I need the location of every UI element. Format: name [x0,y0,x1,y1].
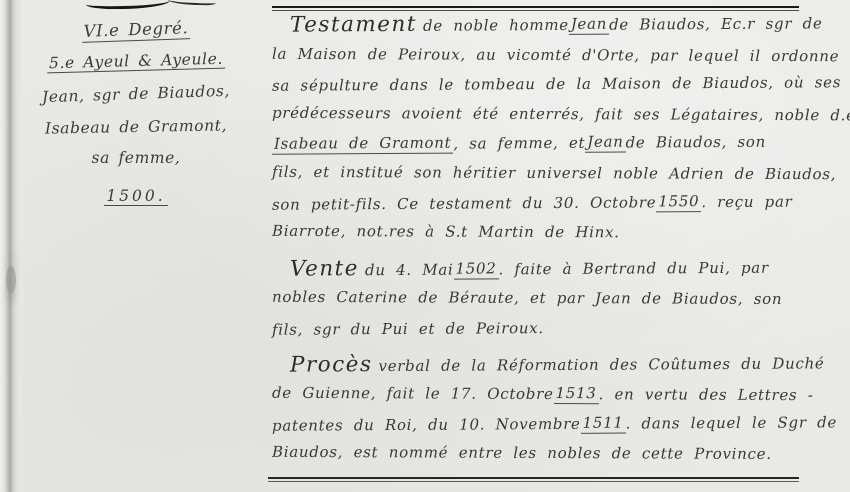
text-segment: Biarrote, not.res à S.t Martin de Hinx. [272,222,620,242]
text-segment: de Biaudos, son [626,133,767,152]
text-segment: du 4. Mai [365,260,454,279]
text-segment: son petit-fils. Ce testament du 30. Octo… [272,193,656,213]
underlined-text: 1502 [453,259,498,279]
text-segment: Jean, sgr de Biaudos, [42,84,230,106]
text-segment: verbal de la Réformation des Coûtumes du… [378,354,824,375]
paragraph-proces-verbal: Procès verbal de la Réformation des Coût… [272,350,832,468]
underlined-text: 1513 [554,384,599,404]
text-segment: . dans lequel le Sgr de [626,413,838,432]
text-line: de Guienne, fait le 17. Octobre 1513. en… [272,378,832,410]
bottom-rule [268,477,799,482]
underlined-text: VI.e Degré. [81,20,190,42]
page-edge-blemish [6,266,16,294]
cut-off-ink-remnant [168,0,216,6]
underlined-text: 1500. [104,189,167,207]
text-segment: prédécesseurs avoient été enterrés, fait… [272,103,850,124]
text-line: sa sépulture dans le tombeau de la Maiso… [272,67,832,100]
text-line: son petit-fils. Ce testament du 30. Octo… [272,186,832,219]
margin-year: 1500. [12,182,260,213]
text-segment: . faite à Bertrand du Pui, par [498,258,768,278]
text-line: nobles Caterine de Béraute, et par Jean … [272,282,832,314]
text-segment: , sa femme, et [453,134,585,153]
text-segment: sa femme, [92,151,181,167]
text-segment: de Guienne, fait le 17. Octobre [272,384,554,403]
text-line: fils, et institué son héritier universel… [272,157,832,189]
lead-word: Testament [290,12,417,38]
paragraph-testament: Testament de noble homme Jean de Biaudos… [272,10,832,247]
text-segment: de noble homme [423,16,569,35]
text-line: Procès verbal de la Réformation des Coût… [272,348,832,381]
text-line: Biarrote, not.res à S.t Martin de Hinx. [272,216,832,248]
manuscript-page: VI.e Degré. 5.e Ayeul & Ayeule. Jean, sg… [0,0,850,492]
text-line: Isabeau de Gramont, sa femme, et Jean de… [272,127,832,160]
text-segment: de Biaudos, Ec.r sgr de [609,14,823,33]
text-segment: . reçu par [701,192,792,211]
text-segment: fils, sgr du Pui et de Peiroux. [272,319,544,339]
text-segment: fils, et institué son héritier universel… [272,163,836,183]
text-line: patentes du Roi, du 10. Novembre 1511. d… [272,407,832,440]
underlined-text: Jean [585,133,625,153]
text-line: prédécesseurs avoient été enterrés, fait… [272,98,832,130]
text-line: fils, sgr du Pui et de Peiroux. [272,311,832,344]
text-segment: Isabeau de Gramont, [45,118,227,137]
cut-off-ink-remnant [86,0,170,10]
main-text: Testament de noble homme Jean de Biaudos… [272,10,832,468]
text-line: Biaudos, est nommé entre les nobles de c… [272,437,832,469]
lead-word: Procès [290,352,373,378]
underlined-text: Jean [569,14,609,34]
text-segment: patentes du Roi, du 10. Novembre [272,414,581,434]
paragraph-vente: Vente du 4. Mai 1502. faite à Bertrand d… [272,254,832,343]
text-line: Vente du 4. Mai 1502. faite à Bertrand d… [272,252,832,285]
text-segment: nobles Caterine de Béraute, et par Jean … [272,288,782,308]
underlined-text: 5.e Ayeul & Ayeule. [47,51,225,73]
text-segment: Biaudos, est nommé entre les nobles de c… [272,443,772,463]
margin-wife-label: sa femme, [12,143,260,175]
lead-word: Vente [290,256,359,281]
text-segment: . en vertu des Lettres - [599,385,814,404]
text-line: la Maison de Peiroux, au vicomté d'Orte,… [272,38,832,70]
text-line: Testament de noble homme Jean de Biaudos… [272,8,832,41]
margin-name-isabeau: Isabeau de Gramont, [12,110,261,145]
underlined-text: 1550 [656,191,701,211]
underlined-text: 1511 [581,413,626,433]
underlined-text: Isabeau de Gramont [272,134,453,155]
margin-annotations: VI.e Degré. 5.e Ayeul & Ayeule. Jean, sg… [12,16,260,213]
text-segment: sa sépulture dans le tombeau de la Maiso… [272,73,841,94]
text-segment: la Maison de Peiroux, au vicomté d'Orte,… [272,44,839,64]
